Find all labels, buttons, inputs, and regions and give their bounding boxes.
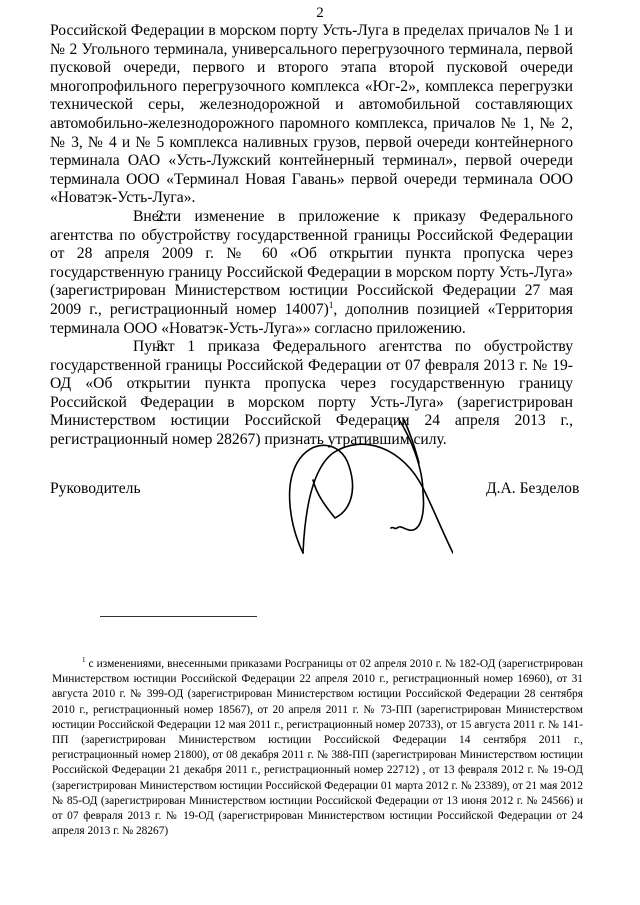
signatory-name: Д.А. Безделов: [486, 480, 579, 498]
item-number: 2.: [103, 208, 133, 227]
handwritten-signature-icon: [283, 418, 453, 563]
footnote-text: 1 с изменениями, внесенными приказами Ро…: [52, 657, 583, 839]
footnote: 1 с изменениями, внесенными приказами Ро…: [52, 657, 583, 839]
paragraph-continuation: Российской Федерации в морском порту Уст…: [50, 22, 573, 208]
page-number: 2: [0, 4, 640, 22]
signatory-position: Руководитель: [50, 480, 141, 498]
footnote-marker: 1: [82, 656, 86, 664]
footnote-body: с изменениями, внесенными приказами Росг…: [52, 658, 583, 837]
item-number: 3.: [103, 338, 133, 357]
document-body: Российской Федерации в морском порту Уст…: [50, 22, 573, 450]
paragraph-item-2: 2.Внести изменение в приложение к приказ…: [50, 208, 573, 338]
footnote-separator: [100, 616, 257, 617]
